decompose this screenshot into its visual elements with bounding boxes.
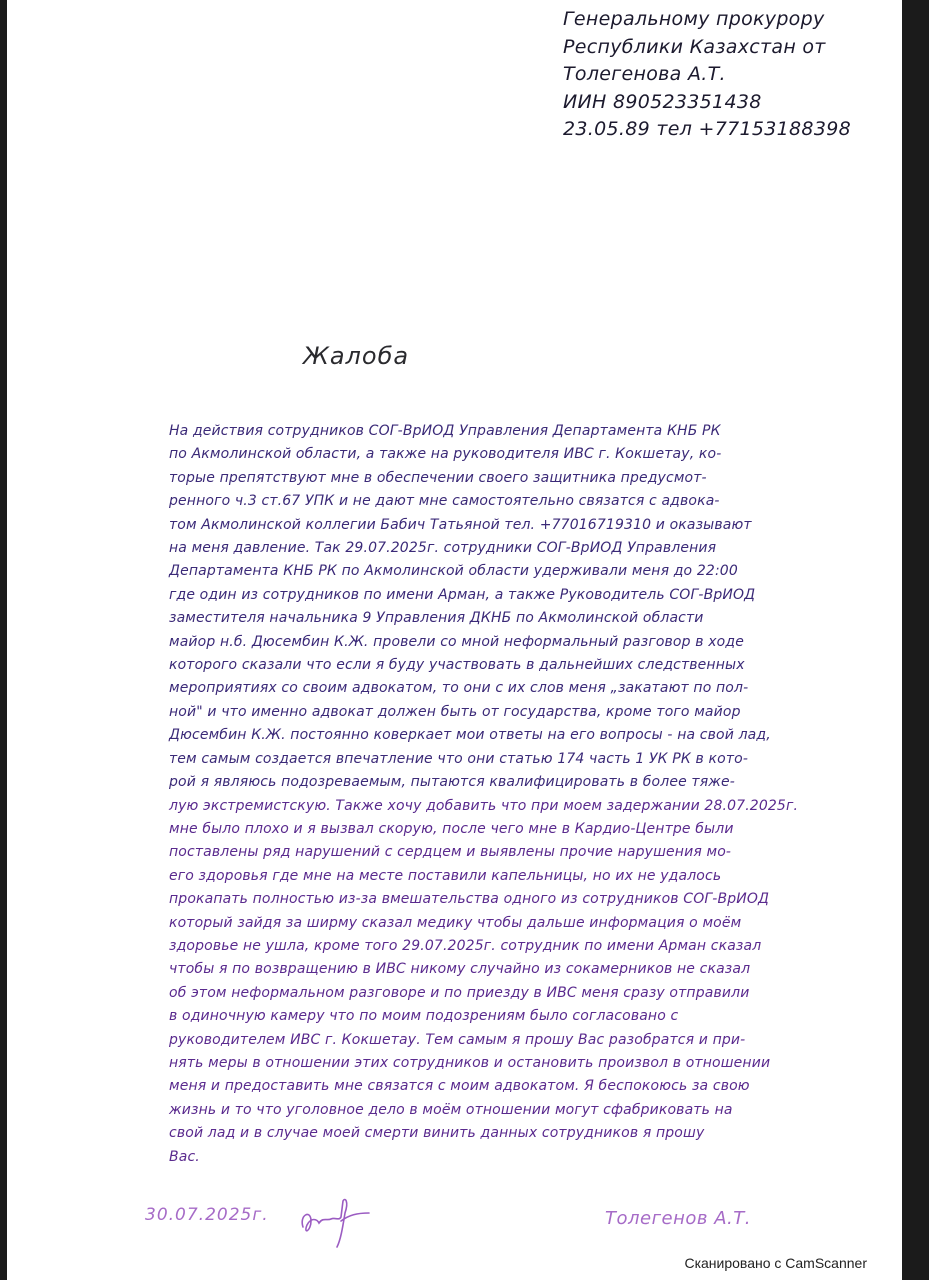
camscanner-watermark: Сканировано с CamScanner: [680, 1255, 871, 1271]
body-line: по Акмолинской области, а также на руков…: [169, 443, 879, 466]
body-line: его здоровья где мне на месте поставили …: [169, 865, 879, 888]
document-title: Жалоба: [303, 342, 409, 370]
body-line: заместителя начальника 9 Управления ДКНБ…: [169, 607, 879, 630]
body-line: лую экстремистскую. Также хочу добавить …: [169, 795, 879, 818]
body-line: том Акмолинской коллегии Бабич Татьяной …: [169, 514, 879, 537]
signature-icon: [297, 1195, 397, 1255]
body-line: прокапать полностью из-за вмешательства …: [169, 888, 879, 911]
body-line: который зайдя за ширму сказал медику что…: [169, 912, 879, 935]
body-line: свой лад и в случае моей смерти винить д…: [169, 1122, 879, 1145]
document-date: 30.07.2025г.: [145, 1205, 269, 1225]
addressee-block: Генеральному прокурору Республики Казахс…: [563, 6, 903, 144]
addressee-line: ИИН 890523351438: [563, 89, 903, 117]
signer-name: Толегенов А.Т.: [605, 1208, 751, 1229]
body-line: ной" и что именно адвокат должен быть от…: [169, 701, 879, 724]
body-line: мне было плохо и я вызвал скорую, после …: [169, 818, 879, 841]
body-line: Департамента КНБ РК по Акмолинской облас…: [169, 560, 879, 583]
scanned-document-page: Генеральному прокурору Республики Казахс…: [7, 0, 902, 1280]
body-line: которого сказали что если я буду участво…: [169, 654, 879, 677]
body-line: меня и предоставить мне связатся с моим …: [169, 1075, 879, 1098]
body-line: где один из сотрудников по имени Арман, …: [169, 584, 879, 607]
body-line: Дюсембин К.Ж. постоянно коверкает мои от…: [169, 724, 879, 747]
addressee-line: Генеральному прокурору: [563, 6, 903, 34]
body-line: тем самым создается впечатление что они …: [169, 748, 879, 771]
addressee-line: Толегенова А.Т.: [563, 61, 903, 89]
body-line: торые препятствуют мне в обеспечении сво…: [169, 467, 879, 490]
body-line: чтобы я по возвращению в ИВС никому случ…: [169, 958, 879, 981]
body-line: ренного ч.3 ст.67 УПК и не дают мне само…: [169, 490, 879, 513]
body-line: рой я являюсь подозреваемым, пытаются кв…: [169, 771, 879, 794]
body-line: На действия сотрудников СОГ-ВрИОД Управл…: [169, 420, 879, 443]
body-line: мероприятиях со своим адвокатом, то они …: [169, 677, 879, 700]
body-line: об этом неформальном разговоре и по прие…: [169, 982, 879, 1005]
addressee-line: Республики Казахстан от: [563, 34, 903, 62]
body-line: поставлены ряд нарушений с сердцем и выя…: [169, 841, 879, 864]
body-line: на меня давление. Так 29.07.2025г. сотру…: [169, 537, 879, 560]
body-line: в одиночную камеру что по моим подозрени…: [169, 1005, 879, 1028]
body-line: руководителем ИВС г. Кокшетау. Тем самым…: [169, 1029, 879, 1052]
body-line: майор н.б. Дюсембин К.Ж. провели со мной…: [169, 631, 879, 654]
body-line: Вас.: [169, 1146, 879, 1169]
body-line: здоровье не ушла, кроме того 29.07.2025г…: [169, 935, 879, 958]
addressee-line: 23.05.89 тел +77153188398: [563, 116, 903, 144]
body-line: нять меры в отношении этих сотрудников и…: [169, 1052, 879, 1075]
complaint-body: На действия сотрудников СОГ-ВрИОД Управл…: [169, 420, 889, 1169]
body-line: жизнь и то что уголовное дело в моём отн…: [169, 1099, 879, 1122]
